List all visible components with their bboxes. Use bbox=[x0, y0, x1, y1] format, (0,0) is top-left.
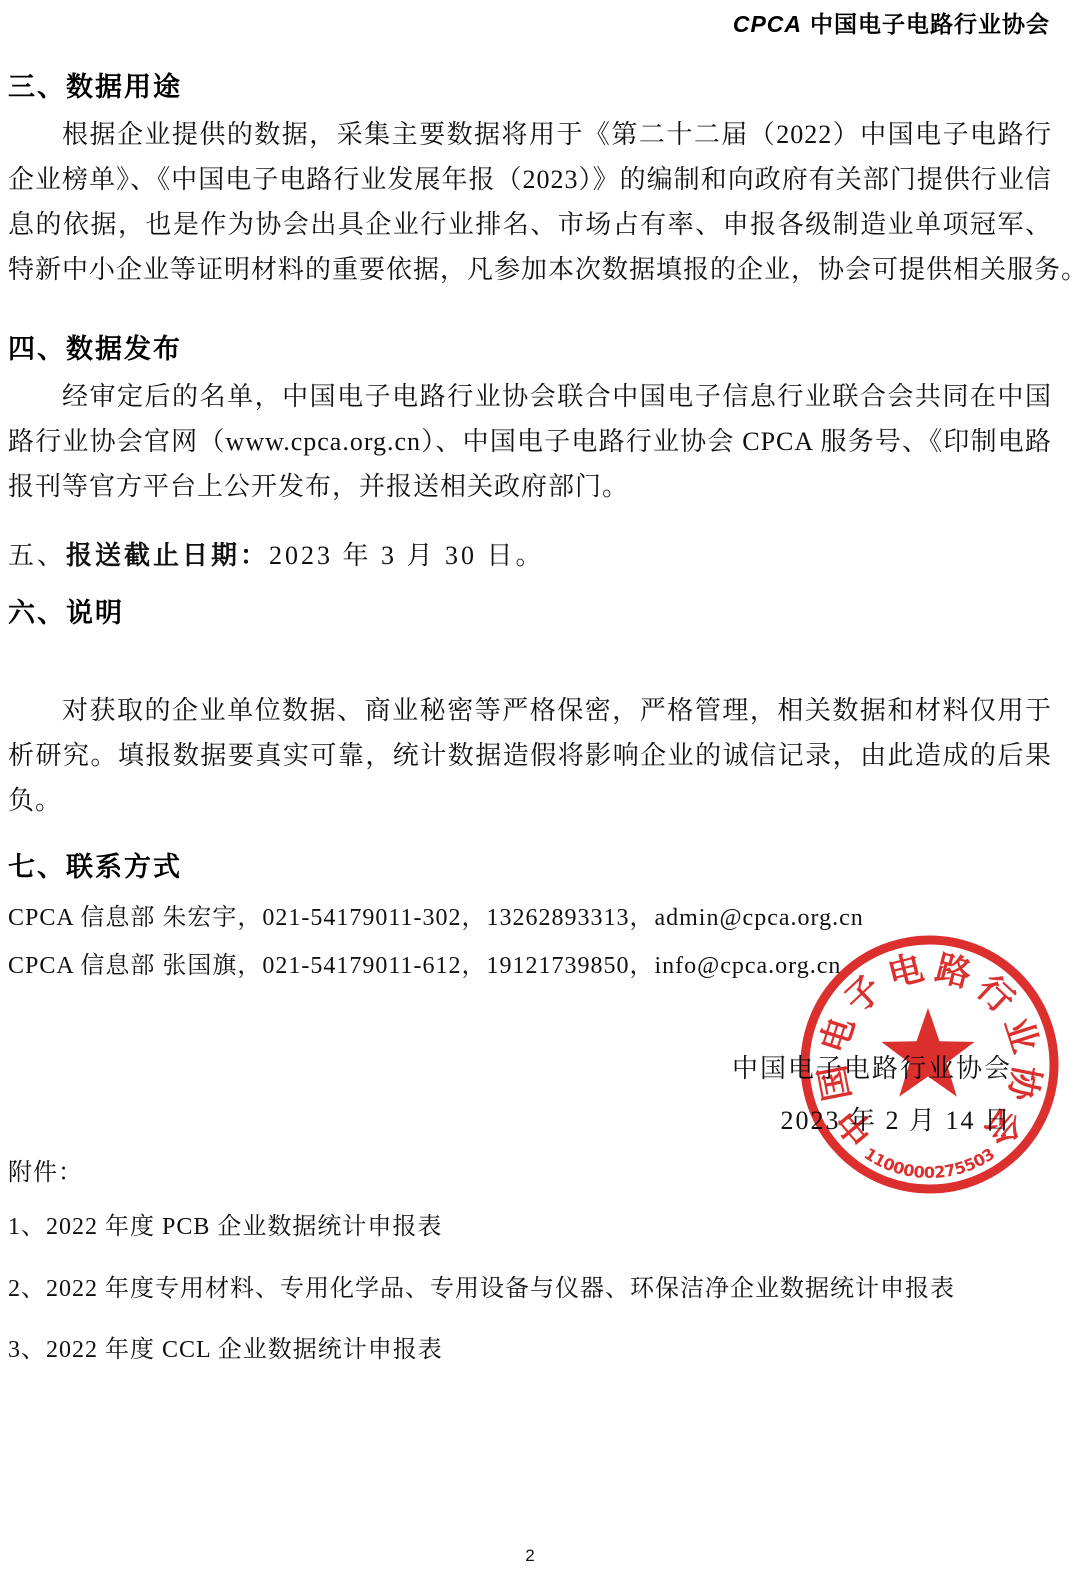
paragraph-line: 析研究。填报数据要真实可靠，统计数据造假将影响企业的诚信记录，由此造成的后果企业… bbox=[8, 733, 1052, 778]
paragraph-line: 对获取的企业单位数据、商业秘密等严格保密，严格管理，相关数据和材料仅用于统计分 bbox=[8, 688, 1052, 733]
paragraph-line: 特新中小企业等证明材料的重要依据，凡参加本次数据填报的企业，协会可提供相关服务。 bbox=[8, 247, 1052, 292]
signature-organization: 中国电子电路行业协会 bbox=[8, 1048, 1052, 1085]
header-logo: CPCA中国电子电路行业协会 bbox=[8, 6, 1052, 39]
attachment-item-2: 2、2022 年度专用材料、专用化学品、专用设备与仪器、环保洁净企业数据统计申报… bbox=[8, 1268, 1052, 1303]
attachments-label: 附件： bbox=[8, 1152, 1052, 1187]
contact-line-1: CPCA 信息部 朱宏宇，021-54179011-302，1326289331… bbox=[8, 903, 1052, 933]
paragraph-data-usage: 根据企业提供的数据，采集主要数据将用于《第二十二届（2022）中国电子电路行业主… bbox=[8, 112, 1052, 292]
page-number: 2 bbox=[8, 1546, 1052, 1566]
header-logo-cn: 中国电子电路行业协会 bbox=[810, 11, 1050, 37]
attachment-item-1: 1、2022 年度 PCB 企业数据统计申报表 bbox=[8, 1206, 1052, 1241]
section-heading-notes: 六、说明 bbox=[8, 598, 1052, 628]
attachment-item-3: 3、2022 年度 CCL 企业数据统计申报表 bbox=[8, 1329, 1052, 1364]
paragraph-data-release: 经审定后的名单，中国电子电路行业协会联合中国电子信息行业联合会共同在中国电子电路… bbox=[8, 374, 1052, 509]
paragraph-line: 负。 bbox=[8, 778, 1052, 823]
deadline-line: 五、报送截止日期：2023 年 3 月 30 日。 bbox=[8, 540, 1052, 572]
deadline-label: 报送截止日期： bbox=[66, 541, 269, 570]
contact-line-2: CPCA 信息部 张国旗，021-54179011-612，1912173985… bbox=[8, 951, 1052, 981]
section-heading-contact: 七、联系方式 bbox=[8, 852, 1052, 882]
deadline-value: 2023 年 3 月 30 日。 bbox=[269, 541, 545, 570]
paragraph-line: 经审定后的名单，中国电子电路行业协会联合中国电子信息行业联合会共同在中国电子电 bbox=[8, 374, 1052, 419]
deadline-prefix: 五、 bbox=[8, 541, 66, 570]
document-page: CPCA中国电子电路行业协会 三、数据用途 根据企业提供的数据，采集主要数据将用… bbox=[0, 0, 1080, 1579]
header-logo-en: CPCA bbox=[733, 11, 802, 37]
paragraph-notes: 对获取的企业单位数据、商业秘密等严格保密，严格管理，相关数据和材料仅用于统计分析… bbox=[8, 688, 1052, 823]
section-heading-data-release: 四、数据发布 bbox=[8, 334, 1052, 364]
paragraph-line: 根据企业提供的数据，采集主要数据将用于《第二十二届（2022）中国电子电路行业主… bbox=[8, 112, 1052, 157]
section-heading-data-usage: 三、数据用途 bbox=[8, 72, 1052, 102]
signature-date: 2023 年 2 月 14 日 bbox=[8, 1100, 1052, 1137]
paragraph-line: 路行业协会官网（www.cpca.org.cn）、中国电子电路行业协会 CPCA… bbox=[8, 419, 1052, 464]
paragraph-line: 息的依据，也是作为协会出具企业行业排名、市场占有率、申报各级制造业单项冠军、专精 bbox=[8, 202, 1052, 247]
paragraph-line: 报刊等官方平台上公开发布，并报送相关政府部门。 bbox=[8, 464, 1052, 509]
paragraph-line: 企业榜单》、《中国电子电路行业发展年报（2023）》的编制和向政府有关部门提供行… bbox=[8, 157, 1052, 202]
